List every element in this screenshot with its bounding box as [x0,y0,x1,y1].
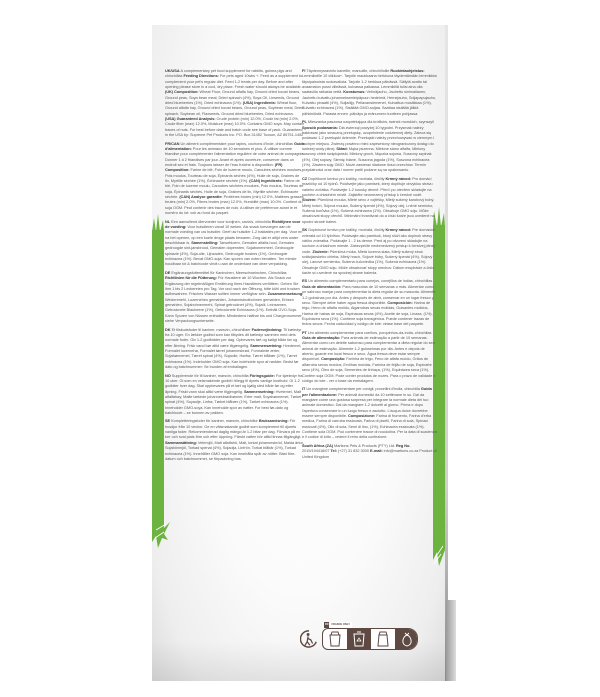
language-section: CZ Doplňkové krmivo pro králíky, morčata… [302,176,437,224]
package-edge-shadow [446,600,456,681]
section-heading: Krmný návod: [385,176,411,181]
section-heading: Skład: [336,146,347,151]
language-section: SE Kompletteringsfoder för kaniner, mars… [165,418,305,461]
grass-tuft-icon [152,518,172,550]
paper-bag-icon [371,629,395,649]
trash-bag-icon [395,629,418,649]
section-heading: Richtlinien für die Fütterung: [165,275,217,280]
recycling-info: FRFRANCE ONLY [300,625,420,655]
section-heading: Složení: [302,197,317,202]
language-section: FR/CAN Un aliment complémentaire pour la… [165,141,305,216]
section-heading: Krmný návod: [386,227,412,232]
language-code: NO [165,373,171,378]
body-text: Un mangime complementare per conigli, po… [306,386,421,391]
body-text: Martions Pets & Products (PTY) Ltd. [334,443,396,448]
body-text: 2015/194418/07 [302,448,330,453]
language-section: NO Supplerende fôr til kaniner, marsvin,… [165,373,305,416]
section-heading: Guia de alimentação: [302,335,340,340]
section-heading: Guía de alimentación: [302,284,341,289]
section-heading: Sposób podawania: [302,125,338,130]
body-text: Pšeničná mouka, Mleté seno z vojtěšky, M… [302,197,435,223]
section-heading: Zusammensetzung: [268,291,304,296]
section-heading: Fôringsguide: [250,373,275,378]
section-heading: Fodervejledning: [252,327,283,332]
section-heading: Zloženie: [312,249,328,254]
body-text: Ergänzungsfuttermittel für Kaninchen, Me… [171,270,286,275]
body-text: Weizenmehl, Luzerneheu gemahlen, Johanni… [165,297,302,323]
language-code: DE [165,270,170,275]
section-heading: Koostumus: [343,89,365,94]
section-heading: E-mail: [370,448,383,453]
language-code: IT [302,386,305,391]
language-section: DE Ergänzungsfuttermittel für Kaninchen,… [165,270,305,323]
language-code: PT [302,330,307,335]
section-heading: Composición: [387,300,412,305]
section-heading: Samenstelling: [191,240,218,245]
label-text-column-right: FI Täydennysravinto kaneille, marsuille,… [302,68,437,462]
language-section: UK/USA A complementary pet food suppleme… [165,68,305,137]
body-text: Un alimento complementario para conejos,… [308,278,432,283]
body-text: Um alimento complementar para coelhos, p… [308,330,431,335]
section-heading: (USA) Guaranteed Analysis: [165,116,215,121]
language-section: DK Et tilskudsfoder til kaniner, marsvin… [165,327,305,370]
label-text-column-left: UK/USA A complementary pet food suppleme… [165,68,305,464]
container-icon [323,629,347,649]
section-heading: Sammensætning: [250,343,282,348]
body-text: Doplnkové krmivo pre králiky, morčatá, č… [308,227,385,232]
language-code: PL [302,119,307,124]
triman-info-banner [322,628,418,650]
body-text: Een aanvullend diervoeder voor konijnen,… [171,219,272,224]
section-heading: (USA) Ingredients: [243,100,276,105]
recycle-bin-icon [347,629,371,649]
product-package-back: UK/USA A complementary pet food suppleme… [152,25,447,681]
language-code: South Africa (ZA) [302,443,333,448]
body-text: Un aliment complémentaire pour lapins, c… [180,141,294,146]
language-code: NL [165,219,170,224]
section-heading: Reg No. [396,443,410,448]
language-code: SE [165,418,170,423]
language-code: ES [302,278,307,283]
section-heading: (UK) Composition: [165,89,199,94]
language-code: CZ [302,176,307,181]
section-heading: Sammansättning: [165,440,197,445]
body-text: Et tilskudsfoder til kaniner, marsvin, c… [172,327,252,332]
body-text: Mieszanka paszowa uzupełniająca dla król… [308,119,434,124]
body-text: Supplerende fôr til kaniner, marsvin, ch… [172,373,250,378]
language-section: NL Een aanvullend diervoeder voor konijn… [165,219,305,267]
france-only-label: FRFRANCE ONLY [322,622,352,628]
language-code: DK [165,327,171,332]
language-code: SK [302,227,307,232]
section-heading: Composizione: [348,413,375,418]
section-heading: Sammensetning: [244,389,275,394]
tidyman-icon [300,629,318,649]
language-section: South Africa (ZA) Martions Pets & Produc… [302,443,437,459]
language-section: PL Mieszanka paszowa uzupełniająca dla k… [302,119,437,172]
green-grass-stripe-left [152,230,164,520]
language-section: ES Un alimento complementario para conej… [302,278,437,326]
language-code: UK/USA [165,68,180,73]
body-text: (+27) 31 832 3000 [337,448,370,453]
section-heading: (CAN) Ingrédients: [249,178,282,183]
language-code: FI [302,68,305,73]
language-section: IT Un mangime complementare per conigli,… [302,386,437,439]
package-edge [445,25,448,681]
language-section: SK Doplnkové krmivo pre králiky, morčatá… [302,227,437,275]
body-text: Doplňkové krmivo pro králíky, morčata, č… [308,176,385,181]
language-code: FR/CAN [165,141,179,146]
section-heading: Feeding Directions: [183,73,218,78]
section-heading: Bruksanvisning: [259,418,289,423]
section-heading: Composição: [321,356,345,361]
body-text: Kompletteringsfoder för kaniner, marsvin… [171,418,259,423]
section-heading: (CAN) Analyse garantie: [179,194,222,199]
body-text: Täydennysravinto kaneille, marsuille, ch… [306,68,390,73]
language-section: FI Täydennysravinto kaneille, marsuille,… [302,68,437,116]
language-section: PT Um alimento complementar para coelhos… [302,330,437,383]
section-heading: Ruokintaohjeistus: [390,68,424,73]
